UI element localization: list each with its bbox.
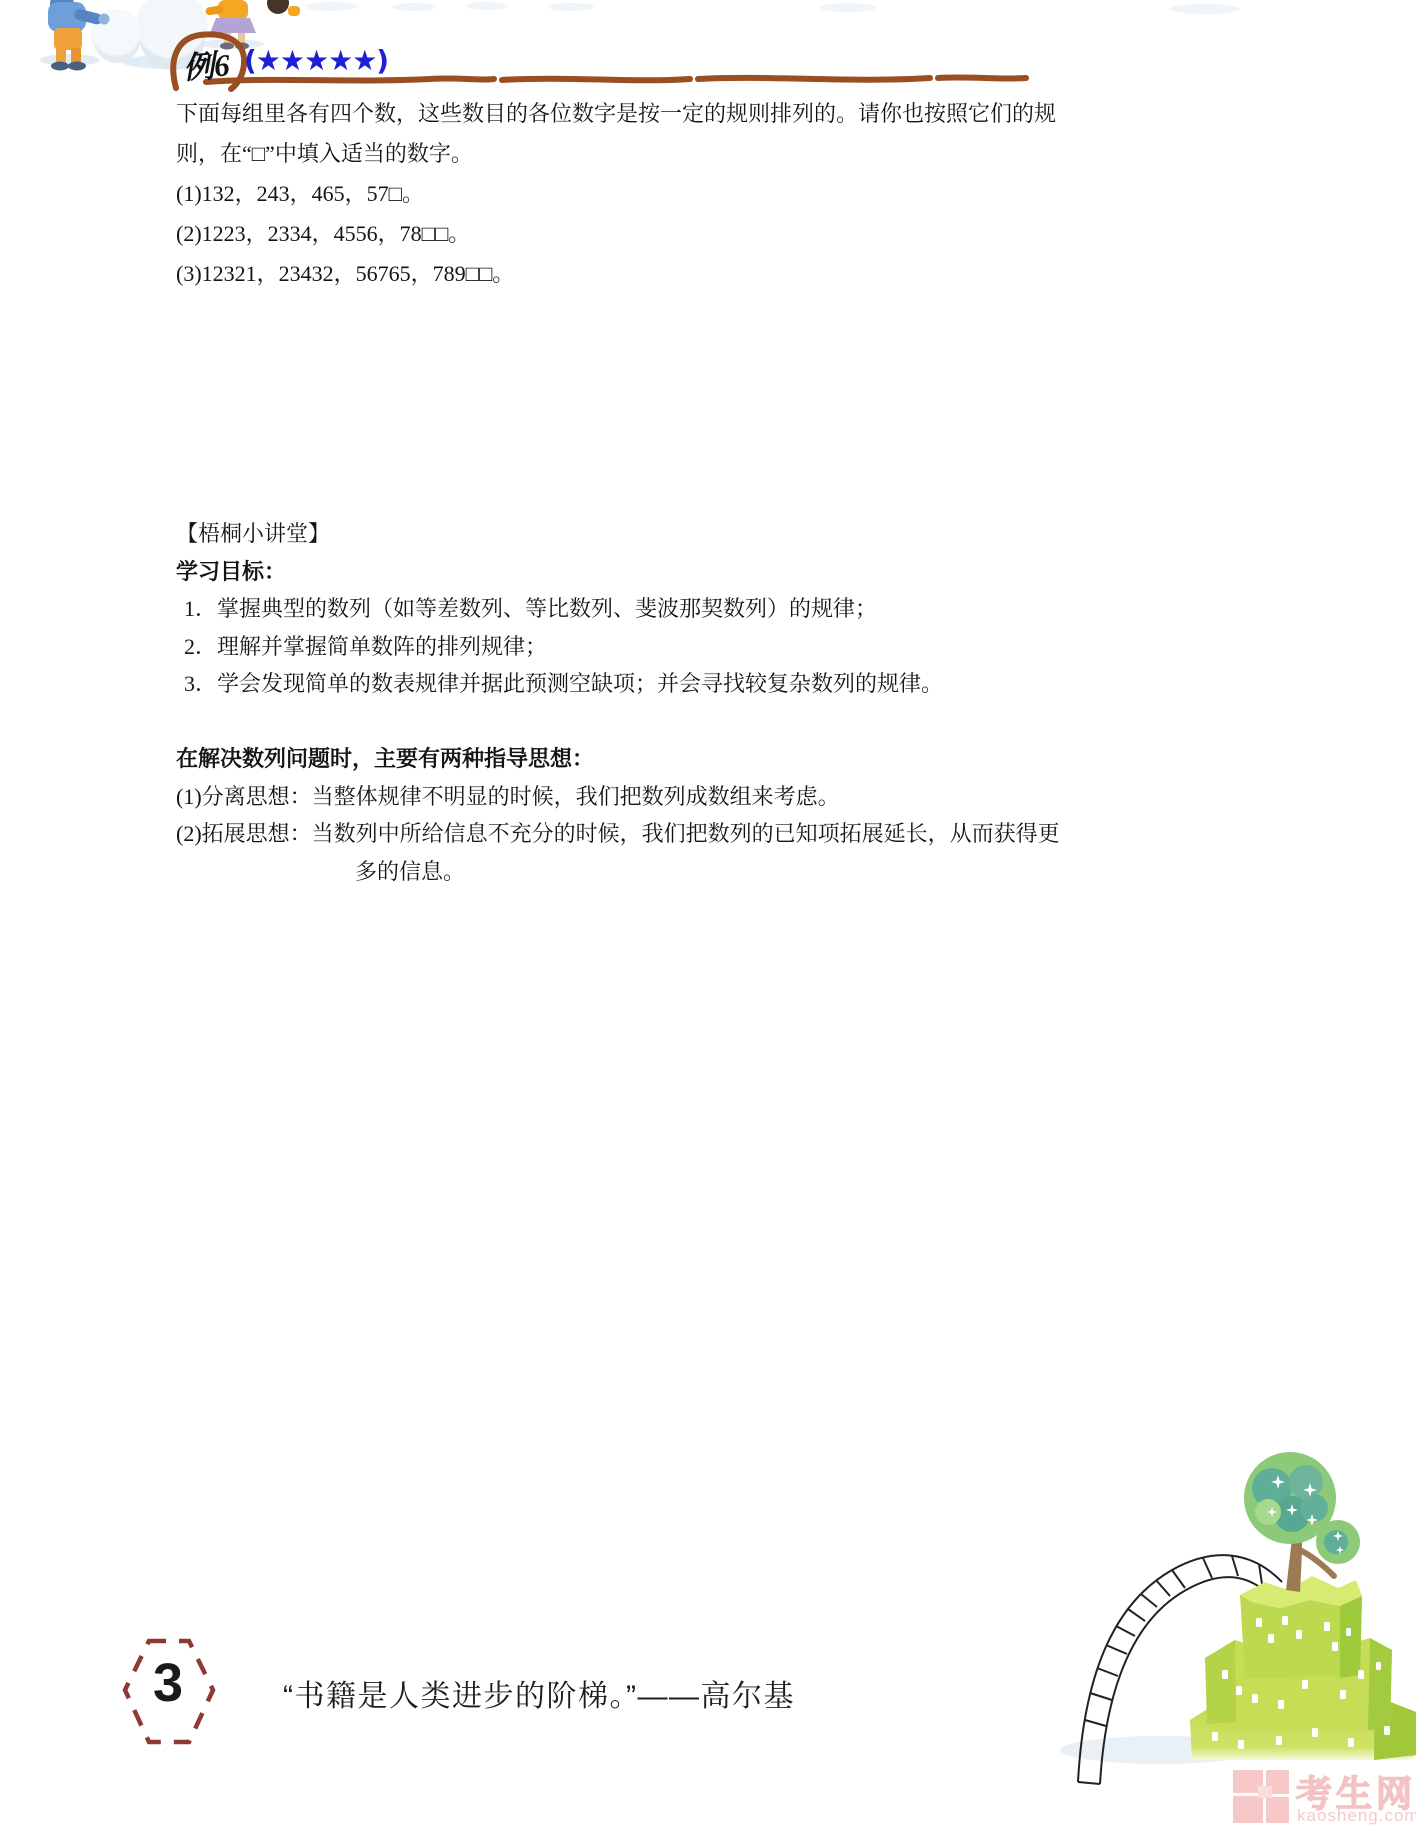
logo-block-icon: [1258, 1786, 1272, 1798]
cloud-smudge: [305, 2, 357, 11]
problem-item-2: (2)1223，2334，4556，78□□。: [176, 214, 1056, 254]
cloud-smudge: [548, 3, 594, 11]
lecture-title: 【梧桐小讲堂】: [176, 515, 943, 553]
workbook-page: 例6 (★★★★★) 下面每组里各有四个数，这些数目的各位数字是按一定的规则排列…: [0, 0, 1416, 1834]
example-label: 例6: [181, 39, 231, 87]
cloud-smudge: [392, 3, 436, 11]
problem-item-3: (3)12321，23432，56765，789□□。: [176, 254, 1056, 294]
footer-quote: “书籍是人类进步的阶梯。”——高尔基: [283, 1671, 795, 1715]
goal-item-2: 2．理解并掌握简单数阵的排列规律；: [176, 628, 943, 666]
problem-intro-line1: 下面每组里各有四个数，这些数目的各位数字是按一定的规则排列的。请你也按照它们的规: [176, 94, 1056, 134]
goal-item-1: 1．掌握典型的数列（如等差数列、等比数列、斐波那契数列）的规律；: [176, 590, 943, 628]
idea-item-1: (1)分离思想：当整体规律不明显的时候，我们把数列成数组来考虑。: [176, 778, 1060, 816]
difficulty-stars: (★★★★★): [244, 44, 388, 77]
logo-block-icon: [1266, 1797, 1289, 1823]
idea-item-2-continuation: 多的信息。: [176, 853, 1060, 891]
logo-block-icon: [1233, 1796, 1263, 1823]
problem-item-1: (1)132，243，465，57□。: [176, 174, 1056, 214]
tree-icon: [1244, 1452, 1360, 1592]
idea-item-2: (2)拓展思想：当数列中所给信息不充分的时候，我们把数列的已知项拓展延长，从而获…: [176, 815, 1060, 853]
cloud-smudge: [820, 3, 876, 12]
problem-intro-line2: 则，在“□”中填入适当的数字。: [176, 134, 1056, 174]
lecture-block: 【梧桐小讲堂】 学习目标： 1．掌握典型的数列（如等差数列、等比数列、斐波那契数…: [176, 515, 943, 703]
goal-item-3: 3．学会发现简单的数表规律并据此预测空缺项；并会寻找较复杂数列的规律。: [176, 665, 943, 703]
cloud-smudge: [466, 2, 508, 10]
cloud-smudge: [1170, 4, 1240, 14]
ideas-title: 在解决数列问题时，主要有两种指导思想：: [176, 740, 1060, 778]
guiding-ideas-block: 在解决数列问题时，主要有两种指导思想： (1)分离思想：当整体规律不明显的时候，…: [176, 740, 1060, 890]
tree-buildings-rollercoaster-illustration: [1040, 1250, 1416, 1834]
page-number: 3: [118, 1652, 218, 1714]
watermark-site-domain: kaosheng.com: [1297, 1806, 1416, 1826]
star-buildings-icon: [1190, 1576, 1416, 1760]
goals-title: 学习目标：: [176, 553, 943, 591]
problem-block: 下面每组里各有四个数，这些数目的各位数字是按一定的规则排列的。请你也按照它们的规…: [176, 94, 1056, 294]
